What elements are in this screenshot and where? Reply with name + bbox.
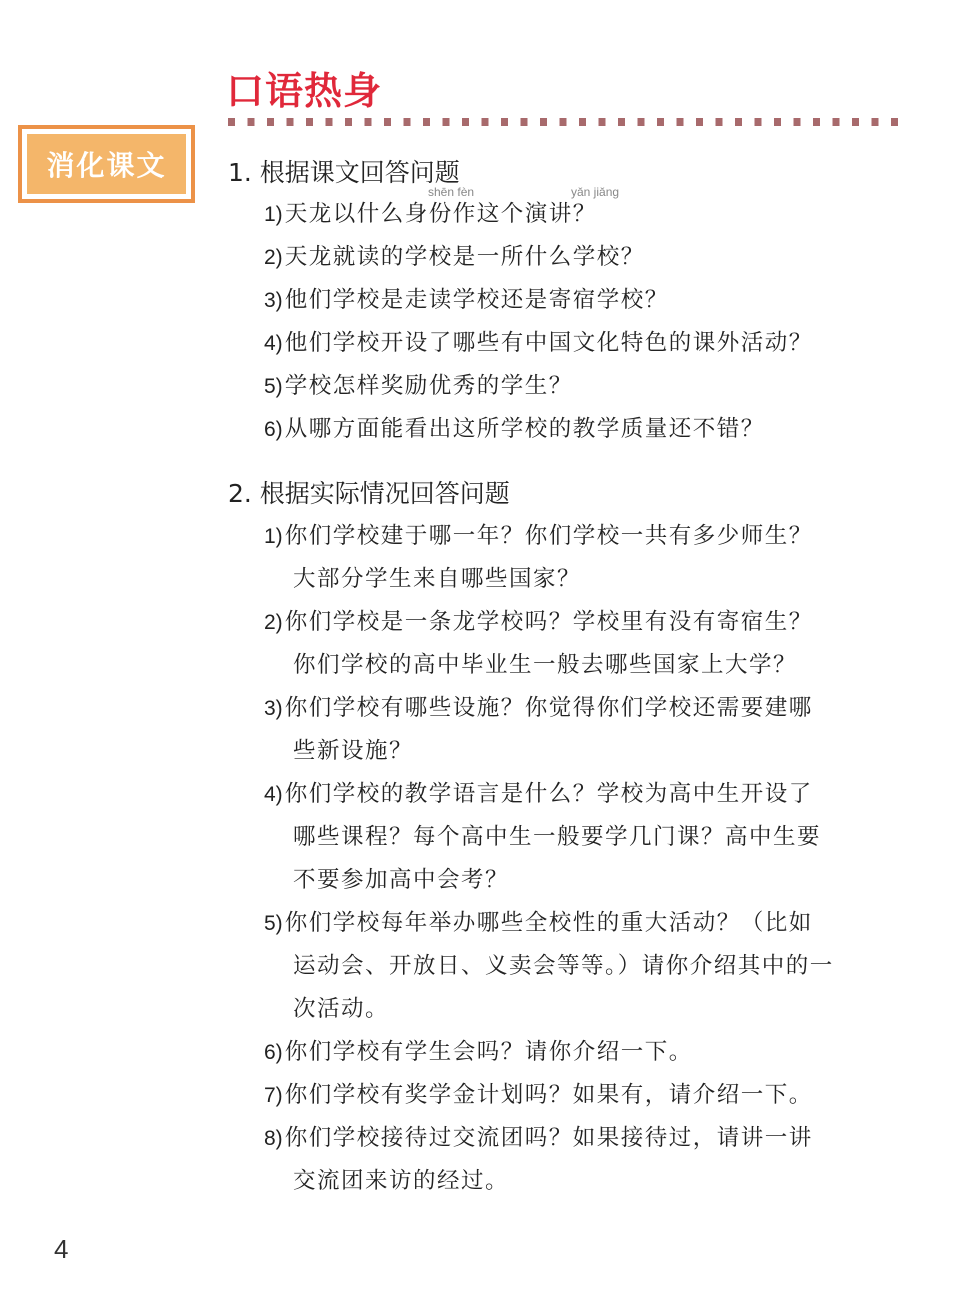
question-continuation: 交流团来访的经过。 xyxy=(293,1170,509,1193)
question-continuation: 运动会、开放日、义卖会等等。）请你介绍其中的一 xyxy=(293,955,834,978)
page-number: 4 xyxy=(54,1236,68,1262)
question-continuation: 你们学校的高中毕业生一般去哪些国家上大学？ xyxy=(293,654,797,677)
question-item: 6)你们学校有学生会吗？请你介绍一下。 xyxy=(264,1041,693,1064)
dotted-divider xyxy=(228,118,908,126)
section1-heading: 1. 根据课文回答问题 xyxy=(228,160,460,185)
question-item: 3)你们学校有哪些设施？你觉得你们学校还需要建哪 xyxy=(264,697,813,720)
question-item: 1)你们学校建于哪一年？你们学校一共有多少师生？ xyxy=(264,525,813,548)
section-badge-fill: 消化课文 xyxy=(27,134,186,194)
question-item: 2)天龙就读的学校是一所什么学校？ xyxy=(264,246,645,269)
question-item: 4)你们学校的教学语言是什么？学校为高中生开设了 xyxy=(264,783,813,806)
question-item: 4)他们学校开设了哪些有中国文化特色的课外活动？ xyxy=(264,332,813,355)
question-continuation: 次活动。 xyxy=(293,998,389,1021)
question-continuation: 大部分学生来自哪些国家？ xyxy=(293,568,581,591)
question-item: 1)天龙以什么身份作这个演讲？ xyxy=(264,203,597,226)
question-item: 8)你们学校接待过交流团吗？如果接待过，请讲一讲 xyxy=(264,1127,813,1150)
section2-heading: 2. 根据实际情况回答问题 xyxy=(228,481,510,506)
question-continuation: 些新设施？ xyxy=(293,740,413,763)
page-title: 口语热身 xyxy=(226,72,382,110)
question-item: 6)从哪方面能看出这所学校的教学质量还不错？ xyxy=(264,418,765,441)
section-badge: 消化课文 xyxy=(18,125,195,203)
question-item: 5)学校怎样奖励优秀的学生？ xyxy=(264,375,573,398)
question-item: 2)你们学校是一条龙学校吗？学校里有没有寄宿生？ xyxy=(264,611,813,634)
question-item: 3)他们学校是走读学校还是寄宿学校？ xyxy=(264,289,669,312)
question-continuation: 哪些课程？每个高中生一般要学几门课？高中生要 xyxy=(293,826,821,849)
question-item: 5)你们学校每年举办哪些全校性的重大活动？（比如 xyxy=(264,912,813,935)
question-continuation: 不要参加高中会考？ xyxy=(293,869,509,892)
pinyin-annotation: yǎn jiǎng xyxy=(571,186,619,198)
section-badge-label: 消化课文 xyxy=(46,144,166,184)
pinyin-annotation: shēn fèn xyxy=(428,186,474,198)
question-item: 7)你们学校有奖学金计划吗？如果有，请介绍一下。 xyxy=(264,1084,813,1107)
